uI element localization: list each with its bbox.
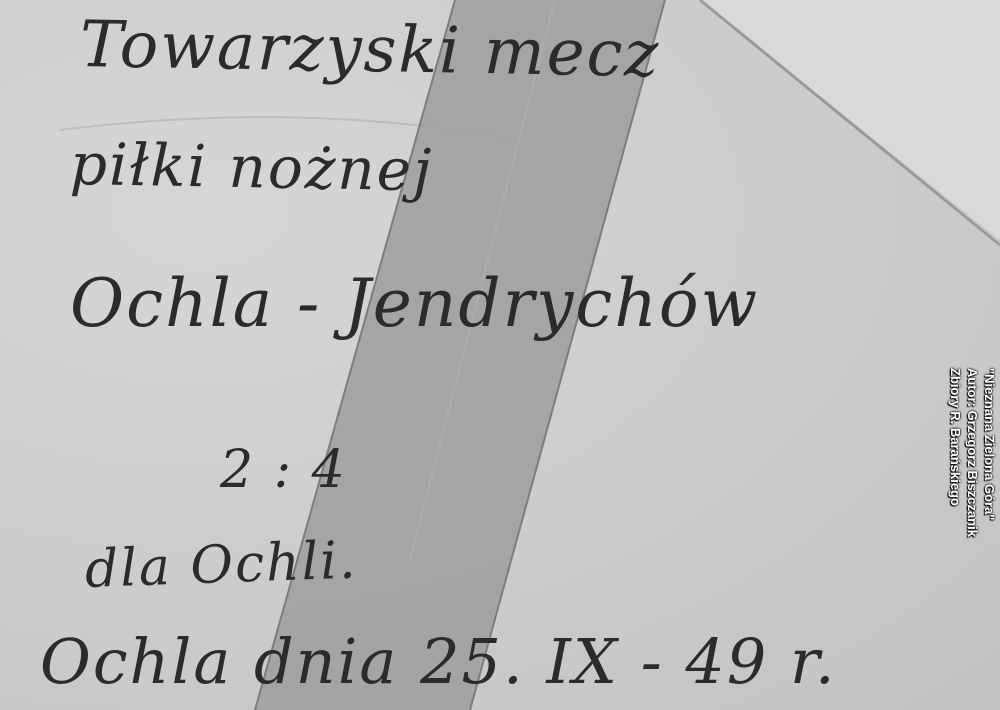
watermark-line-author: Autor: Grzegorz Biszczanik bbox=[964, 368, 981, 578]
handwritten-line-title: Towarzyski mecz bbox=[79, 8, 660, 92]
watermark-line-source: "Nieznana Zielona Góra" bbox=[981, 368, 998, 578]
handwritten-line-teams: Ochla - Jendrychów bbox=[70, 265, 759, 342]
watermark-line-collection: Zbiory R. Barańskiego bbox=[947, 368, 964, 578]
photo-reverse: Towarzyski mecz piłki nożnej Ochla - Jen… bbox=[0, 0, 1000, 710]
handwritten-line-winner: dla Ochli. bbox=[84, 531, 358, 600]
handwritten-line-score: 2 : 4 bbox=[220, 440, 347, 500]
handwritten-line-subtitle: piłki nożnej bbox=[69, 130, 433, 204]
handwritten-line-date: Ochla dnia 25. IX - 49 r. bbox=[40, 625, 837, 698]
tape-strip bbox=[0, 0, 1000, 710]
watermark-credit: "Nieznana Zielona Góra" Autor: Grzegorz … bbox=[938, 368, 998, 578]
